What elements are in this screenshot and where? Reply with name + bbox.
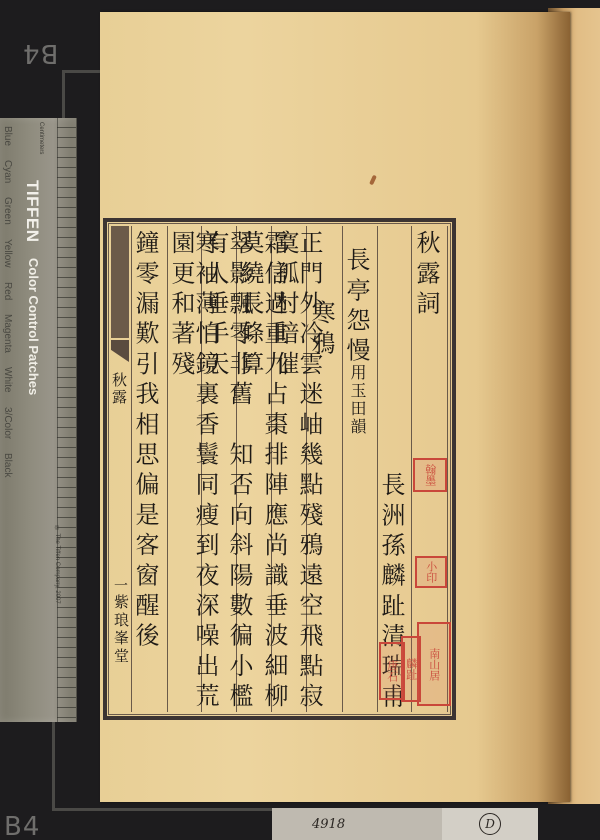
seal-stamp: 南山居 bbox=[417, 622, 451, 706]
patch-label: Black bbox=[2, 453, 13, 477]
color-control-strip: Centimeters TIFFEN Color Control Patches… bbox=[0, 118, 77, 722]
board-label-top: B4 bbox=[22, 38, 58, 68]
book-title: 秋露詞 bbox=[414, 230, 438, 321]
publisher-label: 紫琅峯堂 bbox=[113, 594, 128, 666]
board-label-bottom: B4 bbox=[4, 812, 40, 840]
page-number: 一 bbox=[113, 578, 127, 594]
patch-label: Yellow bbox=[2, 239, 13, 268]
volume-mark: D bbox=[479, 813, 501, 835]
board-guide-line bbox=[52, 808, 272, 811]
fishtail-label: 秋露 bbox=[111, 372, 126, 406]
patch-label: Green bbox=[2, 197, 13, 225]
poem-line: 寒袖薄怕鏡裏香鬟同瘦到夜深噪出荒園更和著殘 bbox=[169, 230, 217, 716]
fishtail-ornament-top bbox=[111, 226, 129, 338]
catalog-number-tag: 4918 bbox=[272, 808, 442, 840]
strip-patch-labels: Blue Cyan Green Yellow Red Magenta White… bbox=[2, 126, 13, 477]
volume-tag: D bbox=[442, 808, 538, 840]
poem-note: 用玉田韻 bbox=[349, 364, 365, 436]
ruler-scale bbox=[57, 118, 76, 722]
seal-stamp: 唐石 bbox=[379, 642, 405, 700]
patch-label: Magenta bbox=[2, 314, 13, 353]
patch-label: Blue bbox=[2, 126, 13, 146]
strip-title: Color Control Patches bbox=[26, 258, 41, 395]
patch-label: Cyan bbox=[2, 160, 13, 183]
poem-line: 鐘零漏歎引我相思偏是客窗醒後 bbox=[133, 230, 157, 653]
poem-title: 長亭怨慢 bbox=[344, 247, 368, 368]
seal-stamp: 翰墨 bbox=[413, 458, 447, 492]
patch-label: 3/Color bbox=[2, 407, 13, 439]
strip-units-label: Centimeters bbox=[38, 122, 44, 154]
board-guide-line bbox=[62, 70, 65, 120]
board-guide-line bbox=[62, 70, 102, 73]
strip-brand: TIFFEN bbox=[22, 180, 42, 243]
patch-label: Red bbox=[2, 282, 13, 300]
catalog-number: 4918 bbox=[312, 817, 345, 832]
patch-label: White bbox=[2, 367, 13, 393]
seal-stamp: 小印 bbox=[415, 556, 447, 588]
board-guide-line bbox=[52, 720, 55, 810]
printed-text-frame: 秋露 一 紫琅峯堂 秋露詞 長洲孫麟趾清瑞甫 長亭怨慢 用玉田韻 寒鴉 正門外冷… bbox=[103, 218, 456, 720]
